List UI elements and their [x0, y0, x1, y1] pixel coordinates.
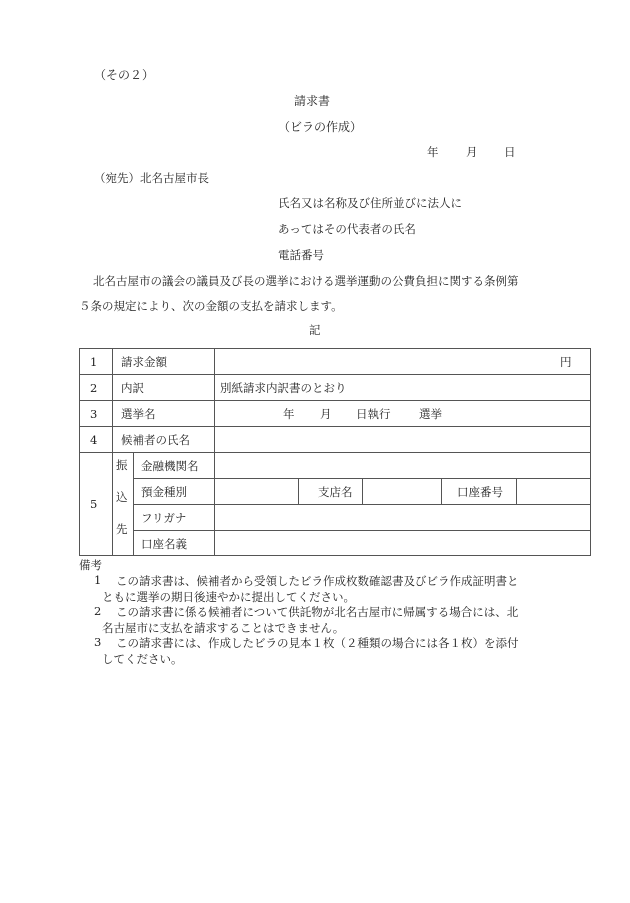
election-day-executed: 日執行	[356, 401, 391, 427]
row-label-claim-amount: 請求金額	[121, 349, 167, 375]
col-divider	[516, 478, 517, 504]
date-month: 月	[466, 144, 478, 160]
furigana-label: フリガナ	[141, 505, 186, 531]
election-month: 月	[320, 401, 332, 427]
row-label-breakdown: 内訳	[121, 375, 144, 401]
branch-name-label: 支店名	[318, 479, 353, 505]
claimant-representative-label: あってはその代表者の氏名	[278, 221, 416, 237]
col-divider	[362, 478, 363, 504]
row-number: 5	[90, 491, 97, 517]
election-suffix: 選挙	[419, 401, 442, 427]
col-divider	[112, 349, 113, 555]
account-number-label: 口座番号	[457, 479, 503, 505]
document-title: 請求書	[294, 92, 330, 109]
claimant-phone-label: 電話番号	[278, 247, 324, 263]
remark-text: この請求書は、候補者から受領したビラ作成枚数確認書及びビラ作成証明書と	[116, 573, 519, 589]
remark-text: 名古屋市に支払を請求することはできません。	[102, 620, 344, 636]
row-number: 3	[90, 401, 97, 427]
election-year: 年	[283, 401, 295, 427]
col-divider	[133, 452, 134, 555]
claim-table: 1 請求金額 円 2 内訳 別紙請求内訳書のとおり 3 選挙名 年 月 日執行 …	[79, 348, 591, 556]
remarks-heading: 備考	[79, 557, 102, 573]
remark-number: 1	[94, 573, 101, 587]
row-divider	[133, 504, 590, 505]
row-label-election-name: 選挙名	[121, 401, 156, 427]
remark-text: この請求書には、作成したビラの見本１枚（２種類の場合には各１枚）を添付	[116, 635, 519, 651]
form-number: （その２）	[94, 66, 154, 83]
col-divider	[214, 349, 215, 555]
yen-unit: 円	[560, 349, 572, 375]
row-number: 4	[90, 427, 97, 453]
remark-number: 2	[94, 604, 101, 618]
candidate-name-field[interactable]	[224, 427, 584, 452]
transfer-label-char: 先	[116, 521, 128, 537]
document-subtitle: （ビラの作成）	[278, 118, 362, 135]
row-number: 2	[90, 375, 97, 401]
row-divider	[133, 530, 590, 531]
addressee: （宛先）北名古屋市長	[94, 170, 209, 186]
bank-name-label: 金融機関名	[141, 453, 199, 479]
row-label-candidate-name: 候補者の氏名	[121, 427, 190, 453]
remark-text: この請求書に係る候補者について供託物が北名古屋市に帰属する場合には、北	[116, 604, 518, 620]
date-day: 日	[504, 144, 516, 160]
transfer-label-char: 振	[116, 457, 128, 473]
remark-text: ともに選挙の期日後速やかに提出してください。	[102, 589, 355, 605]
deposit-type-label: 預金種別	[141, 479, 187, 505]
col-divider	[298, 478, 299, 504]
claimant-name-address-label: 氏名又は名称及び住所並びに法人に	[278, 195, 462, 211]
col-divider	[441, 478, 442, 504]
claim-amount-field[interactable]	[224, 349, 524, 374]
remark-text: してください。	[102, 651, 183, 667]
row-number: 1	[90, 349, 97, 375]
body-line-1: 北名古屋市の議会の議員及び長の選挙における選挙運動の公費負担に関する条例第	[93, 273, 519, 289]
date-year: 年	[427, 144, 439, 160]
account-holder-label: 口座名義	[141, 531, 187, 557]
transfer-label-char: 込	[116, 489, 128, 505]
body-line-2: ５条の規定により、次の金額の支払を請求します。	[79, 298, 343, 314]
ki-heading: 記	[309, 322, 321, 338]
breakdown-value: 別紙請求内訳書のとおり	[220, 375, 347, 401]
remark-number: 3	[94, 635, 101, 649]
